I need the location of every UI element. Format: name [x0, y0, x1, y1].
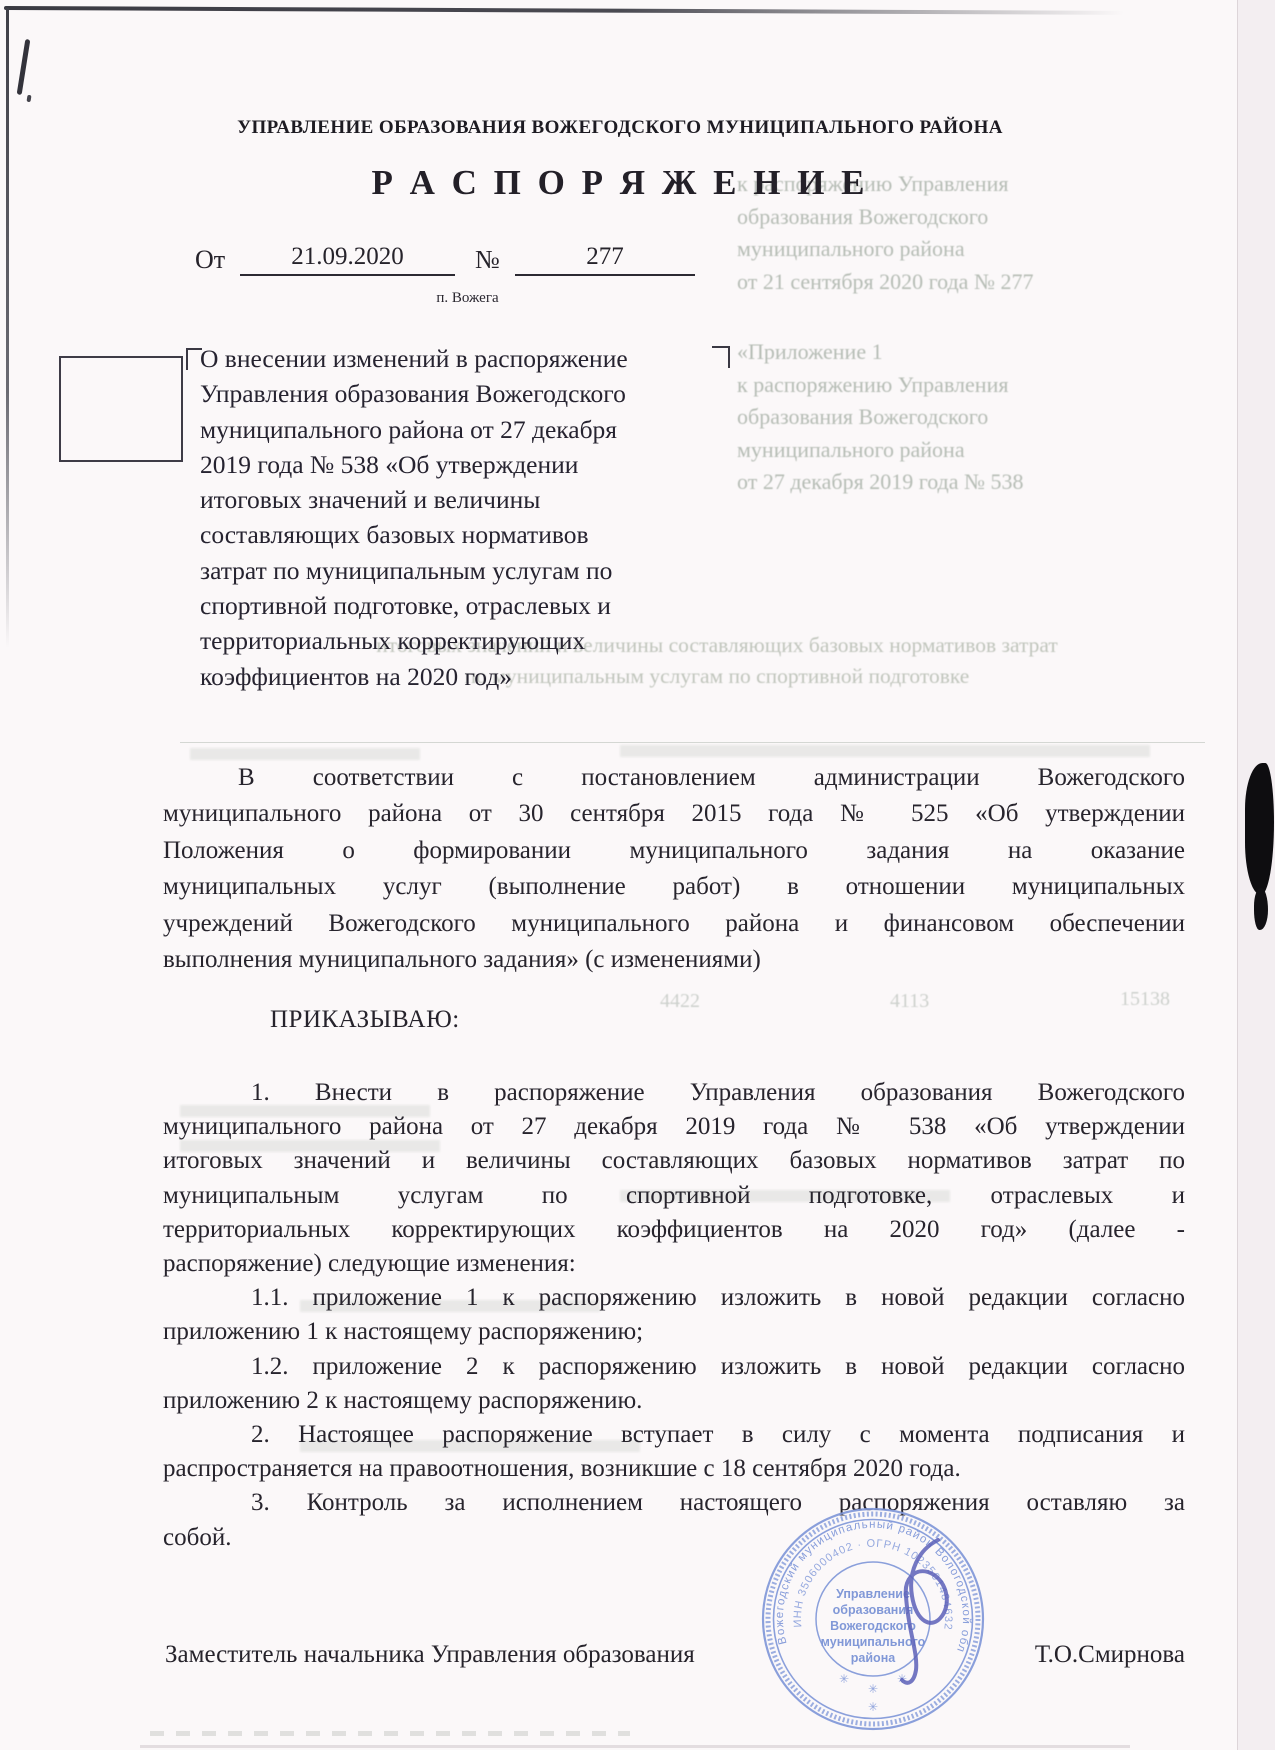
staple-mark-dot — [26, 95, 31, 103]
number-label: № — [475, 245, 500, 275]
resolution-word: ПРИКАЗЫВАЮ: — [270, 1006, 460, 1034]
organization-header: УПРАВЛЕНИЕ ОБРАЗОВАНИЯ ВОЖЕГОДСКОГО МУНИ… — [0, 117, 1240, 139]
signer-name: Т.О.Смирнова — [1035, 1641, 1185, 1669]
scan-edge-top — [4, 6, 1124, 15]
registration-box — [59, 356, 183, 462]
scanned-document-page: к распоряжению Управления образования Во… — [0, 0, 1275, 1750]
bleedthrough-smudge — [190, 748, 420, 760]
order-items: 1. Внести в распоряжение Управления обра… — [163, 1076, 1185, 1555]
bleedthrough-smudge — [620, 745, 1150, 757]
date-label: От — [195, 245, 225, 275]
document-type-title: Р А С П О Р Я Ж Е Н И Е — [0, 163, 1240, 203]
bleedthrough-table-line — [180, 742, 1205, 743]
bleedthrough-appendix-ref-2: «Приложение 1 к распоряжению Управления … — [737, 336, 1207, 499]
scan-page-edge — [1237, 0, 1238, 1750]
staple-mark — [17, 39, 31, 95]
document-number: 277 — [515, 243, 695, 276]
document-subject: О внесении изменений в распоряжение Упра… — [200, 341, 740, 694]
bleedthrough-number: 4113 — [890, 990, 929, 1013]
scan-bottom-streak — [140, 1745, 1130, 1748]
scan-ink-blob — [1245, 763, 1274, 895]
signer-position: Заместитель начальника Управления образо… — [165, 1641, 695, 1669]
place-name: п. Вожега — [240, 290, 695, 307]
handwritten-signature — [830, 1512, 990, 1702]
svg-text:✳: ✳ — [868, 1700, 878, 1714]
document-date: 21.09.2020 — [240, 243, 455, 276]
preamble-paragraph: В соответствии с постановлением админист… — [163, 760, 1185, 978]
bleedthrough-number: 15138 — [1120, 988, 1170, 1011]
bleedthrough-number: 4422 — [660, 990, 700, 1013]
scan-bottom-dashes — [150, 1731, 630, 1736]
scan-edge-left — [6, 8, 9, 648]
